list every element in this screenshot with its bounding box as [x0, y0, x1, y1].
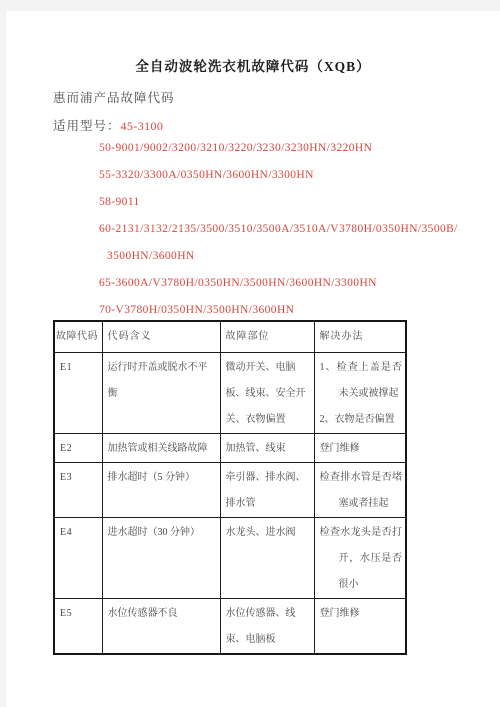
fault-code-cell: E3: [54, 462, 102, 517]
fault-code-cell: E2: [54, 433, 102, 462]
solution-item: 登门维修: [320, 436, 403, 462]
table-row: E2 加热管或相关线路故障 加热管、线束 登门维修: [54, 433, 406, 462]
fault-part-cell: 水位传感器、线束、电脑板: [220, 598, 314, 654]
code-meaning-cell: 进水超时（30 分钟）: [102, 517, 220, 598]
fault-code-table: 故障代码 代码含义 故障部位 解决办法 E1 运行时开盖或脱水不平衡 微动开关、…: [53, 320, 407, 655]
model-line: 3500HN/3600HN: [99, 243, 458, 270]
model-line: 55-3320/3300A/0350HN/3600HN/3300HN: [99, 162, 458, 189]
solution-cell: 登门维修: [314, 598, 406, 654]
solution-item: 登门维修: [320, 601, 403, 627]
solution-cell: 登门维修: [314, 433, 406, 462]
solution-item: 1、检查上盖是否未关或被撑起: [320, 355, 403, 407]
brand-line: 惠而浦产品故障代码: [53, 88, 175, 106]
solution-cell: 检查排水管是否堵塞或者挂起: [314, 462, 406, 517]
model-line: 50-9001/9002/3200/3210/3220/3230/3230HN/…: [99, 135, 458, 162]
table-row: E5 水位传感器不良 水位传感器、线束、电脑板 登门维修: [54, 598, 406, 654]
applicable-models-row: 适用型号：45-3100: [53, 116, 163, 134]
fault-code-cell: E1: [54, 352, 102, 433]
solution-cell: 1、检查上盖是否未关或被撑起 2、衣物是否偏置: [314, 352, 406, 433]
fault-part-cell: 微动开关、电脑板、线束、安全开关、衣物偏置: [220, 352, 314, 433]
fault-code-cell: E4: [54, 517, 102, 598]
model-line: 65-3600A/V3780H/0350HN/3500HN/3600HN/330…: [99, 270, 458, 297]
header-fault-part: 故障部位: [220, 321, 314, 352]
model-label: 适用型号：: [53, 119, 121, 133]
model-value: 45-3100: [121, 119, 164, 133]
code-meaning-cell: 水位传感器不良: [102, 598, 220, 654]
code-meaning-cell: 运行时开盖或脱水不平衡: [102, 352, 220, 433]
header-solution: 解决办法: [314, 321, 406, 352]
model-line: 58-9011: [99, 189, 458, 216]
table-row: E4 进水超时（30 分钟） 水龙头、进水阀 检查水龙头是否打开，水压是否很小: [54, 517, 406, 598]
fault-part-cell: 加热管、线束: [220, 433, 314, 462]
header-code-meaning: 代码含义: [102, 321, 220, 352]
fault-code-cell: E5: [54, 598, 102, 654]
solution-item: 检查水龙头是否打开，水压是否很小: [320, 520, 403, 598]
code-meaning-cell: 排水超时（5 分钟）: [102, 462, 220, 517]
fault-part-cell: 牵引器、排水阀、排水管: [220, 462, 314, 517]
table-row: E3 排水超时（5 分钟） 牵引器、排水阀、排水管 检查排水管是否堵塞或者挂起: [54, 462, 406, 517]
page-title: 全自动波轮洗衣机故障代码（XQB）: [6, 55, 500, 75]
document-page: 全自动波轮洗衣机故障代码（XQB） 惠而浦产品故障代码 适用型号：45-3100…: [6, 11, 500, 707]
table-row: E1 运行时开盖或脱水不平衡 微动开关、电脑板、线束、安全开关、衣物偏置 1、检…: [54, 352, 406, 433]
screenshot-canvas: 全自动波轮洗衣机故障代码（XQB） 惠而浦产品故障代码 适用型号：45-3100…: [0, 0, 500, 707]
solution-item: 检查排水管是否堵塞或者挂起: [320, 465, 403, 517]
model-number-list: 50-9001/9002/3200/3210/3220/3230/3230HN/…: [99, 135, 458, 324]
model-line: 60-2131/3132/2135/3500/3510/3500A/3510A/…: [99, 216, 458, 243]
solution-cell: 检查水龙头是否打开，水压是否很小: [314, 517, 406, 598]
code-meaning-cell: 加热管或相关线路故障: [102, 433, 220, 462]
fault-part-cell: 水龙头、进水阀: [220, 517, 314, 598]
header-fault-code: 故障代码: [54, 321, 102, 352]
solution-item: 2、衣物是否偏置: [320, 407, 403, 433]
table-header-row: 故障代码 代码含义 故障部位 解决办法: [54, 321, 406, 352]
